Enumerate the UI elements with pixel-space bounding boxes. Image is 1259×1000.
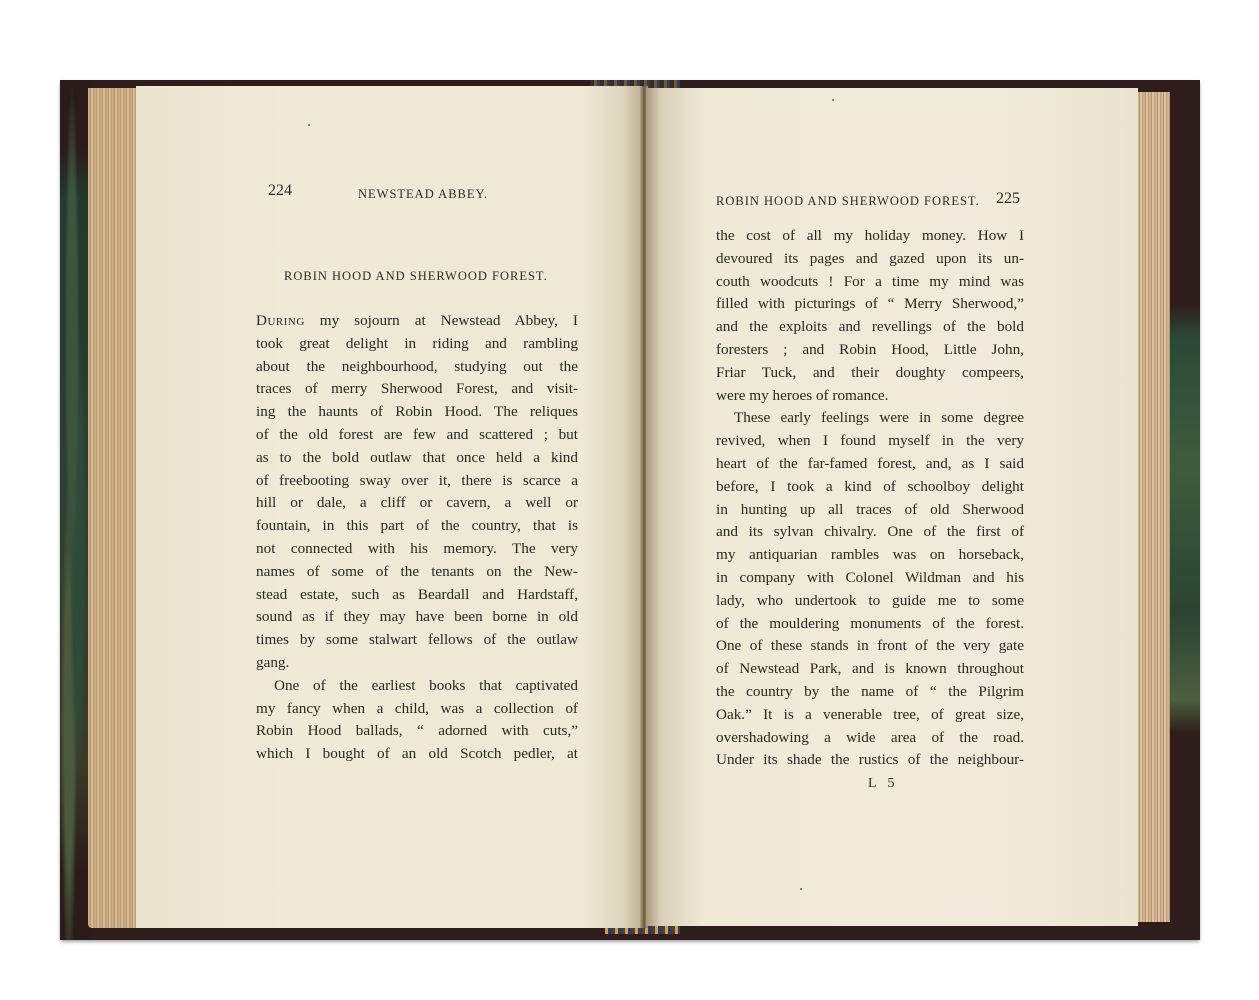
text-line: ing the haunts of Robin Hood. The reliqu…: [256, 401, 578, 424]
text-line: which I bought of an old Scotch pedler, …: [256, 743, 578, 766]
text-line: One of the earliest books that captivate…: [256, 675, 578, 698]
text-line: devoured its pages and gazed upon its un…: [716, 248, 1024, 271]
text-line: took great delight in riding and ramblin…: [256, 333, 578, 356]
open-book: 224 NEWSTEAD ABBEY. ROBIN HOOD AND SHERW…: [0, 0, 1259, 1000]
text-line: One of these stands in front of the very…: [716, 635, 1024, 658]
chapter-title: ROBIN HOOD AND SHERWOOD FOREST.: [284, 269, 548, 284]
text-line: These early feelings were in some degree: [716, 407, 1024, 430]
text-fragment: my sojourn at Newstead Abbey, I: [305, 312, 578, 329]
text-line: gang.: [256, 652, 578, 675]
text-line: not connected with his memory. The very: [256, 538, 578, 561]
text-line: sound as if they may have been borne in …: [256, 606, 578, 629]
right-page: ROBIN HOOD AND SHERWOOD FOREST. 225 the …: [646, 88, 1138, 926]
text-line: heart of the far-famed forest, and, as I…: [716, 453, 1024, 476]
text-line: traces of merry Sherwood Forest, and vis…: [256, 378, 578, 401]
text-line: and its sylvan chivalry. One of the firs…: [716, 521, 1024, 544]
text-line: fountain, in this part of the country, t…: [256, 515, 578, 538]
marbled-endpaper-left: [60, 80, 90, 940]
text-line: During my sojourn at Newstead Abbey, I: [256, 310, 578, 333]
text-line: times by some stalwart fellows of the ou…: [256, 629, 578, 652]
text-line: overshadowing a wide area of the road.: [716, 727, 1024, 750]
text-line: names of some of the tenants on the New-: [256, 561, 578, 584]
page-number: 224: [268, 182, 292, 200]
text-line: Robin Hood ballads, “ adorned with cuts,…: [256, 720, 578, 743]
signature-mark: L 5: [868, 776, 899, 792]
marbled-endpaper-right: [1170, 80, 1200, 940]
text-line: in company with Colonel Wildman and his: [716, 567, 1024, 590]
text-line: revived, when I found myself in the very: [716, 430, 1024, 453]
text-line: my fancy when a child, was a collection …: [256, 698, 578, 721]
text-line: the cost of all my holiday money. How I: [716, 225, 1024, 248]
text-line: as to the bold outlaw that once held a k…: [256, 447, 578, 470]
text-line: about the neighbourhood, studying out th…: [256, 356, 578, 379]
text-line: Under its shade the rustics of the neigh…: [716, 749, 1024, 772]
paper-speck: [832, 99, 834, 101]
text-line: of freebooting sway over it, there is sc…: [256, 470, 578, 493]
text-line: lady, who undertook to guide me to some: [716, 590, 1024, 613]
text-line: the country by the name of “ the Pilgrim: [716, 681, 1024, 704]
text-line: were my heroes of romance.: [716, 385, 1024, 408]
page-number: 225: [996, 190, 1020, 208]
text-line: hill or dale, a cliff or cavern, a well …: [256, 492, 578, 515]
text-line: my antiquarian rambles was on horseback,: [716, 544, 1024, 567]
paper-speck: [308, 124, 310, 126]
text-line: couth woodcuts ! For a time my mind was: [716, 271, 1024, 294]
drop-word: During: [256, 312, 305, 329]
text-line: of the mouldering monuments of the fores…: [716, 613, 1024, 636]
text-line: filled with picturings of “ Merry Sherwo…: [716, 293, 1024, 316]
text-line: Friar Tuck, and their doughty compeers,: [716, 362, 1024, 385]
text-line: of the old forest are few and scattered …: [256, 424, 578, 447]
text-line: Oak.” It is a venerable tree, of great s…: [716, 704, 1024, 727]
paper-speck: [800, 888, 802, 890]
body-text: During my sojourn at Newstead Abbey, I t…: [256, 310, 578, 766]
running-head: ROBIN HOOD AND SHERWOOD FOREST.: [716, 194, 980, 209]
text-line: stead estate, such as Beardall and Hards…: [256, 584, 578, 607]
text-line: before, I took a kind of schoolboy delig…: [716, 476, 1024, 499]
text-line: in hunting up all traces of old Sherwood: [716, 499, 1024, 522]
running-head: NEWSTEAD ABBEY.: [358, 187, 488, 202]
text-line: foresters ; and Robin Hood, Little John,: [716, 339, 1024, 362]
text-line: and the exploits and revellings of the b…: [716, 316, 1024, 339]
page-block-edge-left: [88, 88, 138, 928]
page-block-edge-right: [1137, 92, 1170, 922]
body-text: the cost of all my holiday money. How I …: [716, 225, 1024, 772]
left-page: 224 NEWSTEAD ABBEY. ROBIN HOOD AND SHERW…: [136, 86, 644, 928]
text-line: of Newstead Park, and is known throughou…: [716, 658, 1024, 681]
